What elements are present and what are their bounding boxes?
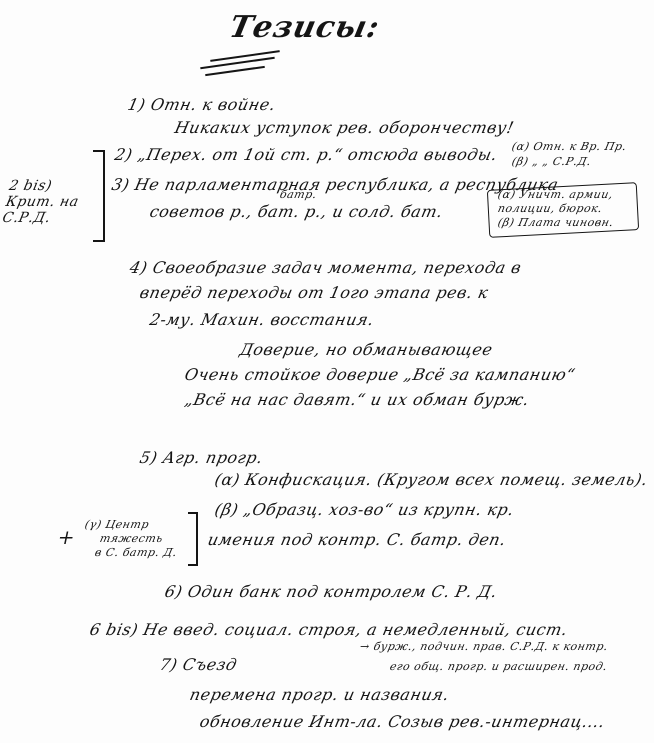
thesis-3-box-line-1: (α) Уничт. армии, xyxy=(497,188,615,201)
thesis-4-line-3: 2-му. Махин. восстания. xyxy=(148,310,376,329)
thesis-5-line-3: (β) „Образц. хоз-во“ из крупн. кр. xyxy=(213,500,516,519)
thesis-3-insert: батр. xyxy=(279,188,319,201)
thesis-1-line-1: 1) Отн. к войне. xyxy=(126,95,278,114)
thesis-7-line-1: 7) Съезд xyxy=(158,655,239,674)
margin-note-2bis: 2 bis) Крит. на С.Р.Д. xyxy=(1,178,97,226)
thesis-6bis-line-1: 6 bis) Не введ. социал. строя, а немедле… xyxy=(88,620,570,639)
thesis-4-line-5: Очень стойкое доверие „Всё за кампанию“ xyxy=(183,365,577,384)
thesis-6-line-1: 6) Один банк под контролем С. Р. Д. xyxy=(163,582,499,601)
thesis-4-line-2: вперёд переходы от 1ого этапа рев. к xyxy=(138,283,490,302)
thesis-4-line-6: „Всё на нас давят.“ и их обман бурж. xyxy=(183,390,531,409)
thesis-2-line-1: 2) „Перех. от 1ой ст. р.“ отсюда выводы. xyxy=(113,145,499,164)
thesis-7-line-3: перемена прогр. и названия. xyxy=(188,685,451,704)
thesis-3-box-line-2: полиции, бюрок. xyxy=(497,202,604,215)
thesis-2-note-1: (α) Отн. к Вр. Пр. xyxy=(511,140,628,153)
thesis-6bis-line-2: → бурж., подчин. прав. С.Р.Д. к контр. xyxy=(359,640,610,653)
title-underline-3 xyxy=(205,66,265,76)
thesis-4-line-4: Доверие, но обманывающее xyxy=(238,340,495,359)
document-title: Тезисы: xyxy=(226,10,383,45)
margin-bracket xyxy=(93,150,105,242)
thesis-5-line-4: имения под контр. С. батр. деп. xyxy=(206,530,508,549)
margin-plus-sign: + xyxy=(55,525,77,549)
thesis-5-line-1: 5) Агр. прогр. xyxy=(138,448,265,467)
thesis-5-side-1: (γ) Центр xyxy=(84,518,151,531)
manuscript-page: Тезисы: 1) Отн. к войне. Никаких уступок… xyxy=(0,0,654,743)
thesis-7-line-2: его общ. прогр. и расширен. прод. xyxy=(389,660,609,673)
thesis-7-line-4: обновление Инт-ла. Созыв рев.-интернац..… xyxy=(198,712,607,731)
thesis-5-line-2: (α) Конфискация. (Кругом всех помещ. зем… xyxy=(213,470,650,489)
thesis-3-line-2: советов р., бат. р., и солд. бат. xyxy=(148,202,445,221)
side-note-bracket xyxy=(188,512,198,566)
thesis-5-side-2: тяжесть xyxy=(99,532,165,545)
thesis-3-box-line-3: (β) Плата чиновн. xyxy=(497,216,615,229)
thesis-2-note-2: (β) „ „ С.Р.Д. xyxy=(511,155,593,168)
thesis-1-line-2: Никаких уступок рев. оборончеству! xyxy=(173,118,516,137)
thesis-5-side-3: в С. батр. Д. xyxy=(94,546,179,559)
thesis-4-line-1: 4) Своеобразие задач момента, перехода в xyxy=(128,258,523,277)
